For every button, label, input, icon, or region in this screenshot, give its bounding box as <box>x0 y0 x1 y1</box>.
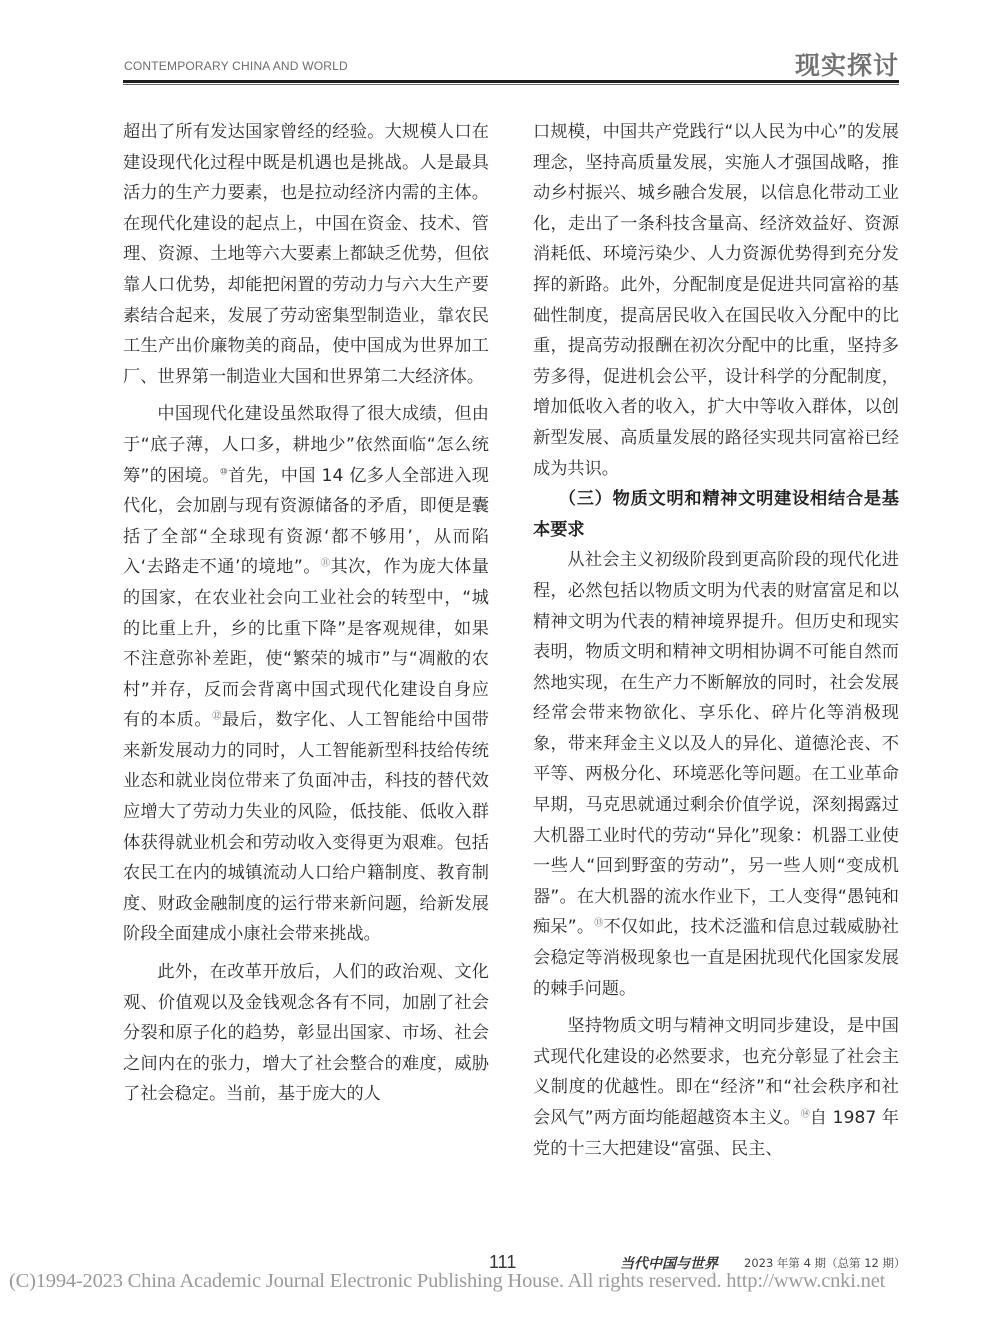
footnote-ref-12[interactable]: ⑫ <box>212 712 222 722</box>
footnote-ref-11[interactable]: ⑪ <box>321 559 330 569</box>
paragraph-social-values: 此外，在改革开放后，人们的政治观、文化观、价值观以及金钱观念各有不同，加剧了社会… <box>123 957 489 1110</box>
issue-info: 2023 年第 4 期（总第 12 期） <box>744 1255 906 1271</box>
copyright-notice: (C)1994-2023 China Academic Journal Elec… <box>9 1270 885 1293</box>
text-segment: 从社会主义初级阶段到更高阶段的现代化进程，必然包括以物质文明为代表的财富富足和以… <box>533 550 899 937</box>
header-rule-thin <box>123 84 899 85</box>
paragraph-synchronous-construction: 坚持物质文明与精神文明同步建设，是中国式现代化建设的必然要求，也充分彰显了社会主… <box>533 1011 899 1164</box>
footnote-ref-14[interactable]: ⑭ <box>801 1109 810 1119</box>
paragraph-challenges: 中国现代化建设虽然取得了很大成绩，但由于“底子薄，人口多，耕地少”依然面临“怎么… <box>123 399 489 950</box>
paragraph-continuation: 口规模，中国共产党践行“以人民为中心”的发展理念，坚持高质量发展，实施人才强国战… <box>533 117 899 484</box>
paragraph-civilization: 从社会主义初级阶段到更高阶段的现代化进程，必然包括以物质文明为代表的财富富足和以… <box>533 545 899 1004</box>
header-rule <box>123 80 899 86</box>
left-column: 超出了所有发达国家曾经的经验。大规模人口在建设现代化过程中既是机遇也是挑战。人是… <box>123 117 489 1110</box>
text-segment: 最后，数字化、人工智能给中国带来新发展动力的同时，人工智能新型科技给传统业态和就… <box>123 710 489 944</box>
right-column: 口规模，中国共产党践行“以人民为中心”的发展理念，坚持高质量发展，实施人才强国战… <box>533 117 899 1164</box>
footnote-ref-13[interactable]: ⑬ <box>594 919 603 929</box>
text-segment: 其次，作为庞大体量的国家，在农业社会向工业社会的转型中，“城的比重上升，乡的比重… <box>123 557 489 730</box>
paragraph-continuation: 超出了所有发达国家曾经的经验。大规模人口在建设现代化过程中既是机遇也是挑战。人是… <box>123 117 489 392</box>
section-heading: （三）物质文明和精神文明建设相结合是基本要求 <box>533 484 899 545</box>
footnote-ref-10[interactable]: ⑩ <box>220 467 228 477</box>
section-title: 现实探讨 <box>795 46 899 82</box>
journal-name-en: CONTEMPORARY CHINA AND WORLD <box>124 59 348 73</box>
